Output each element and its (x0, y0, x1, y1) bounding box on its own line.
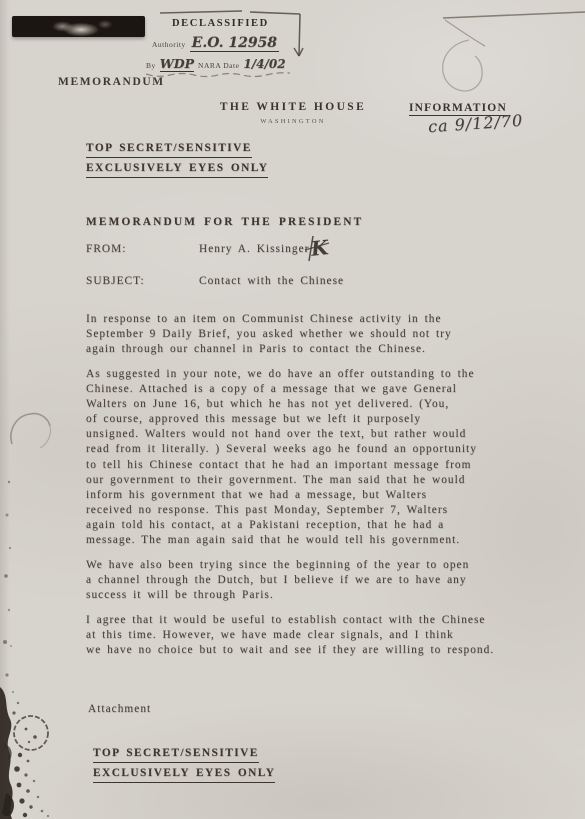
subject-label: SUBJECT: (86, 274, 145, 289)
declassification-stamp: DECLASSIFIED Authority E.O. 12958 By WDP… (142, 6, 308, 80)
from-label: FROM: (86, 242, 126, 257)
ink-blot-icon (0, 685, 120, 819)
classification-line: EXCLUSIVELY EYES ONLY (93, 766, 275, 783)
body-paragraph: In response to an item on Communist Chin… (86, 312, 538, 357)
memo-document-page: DECLASSIFIED Authority E.O. 12958 By WDP… (0, 0, 585, 819)
classification-bottom: TOP SECRET/SENSITIVE EXCLUSIVELY EYES ON… (93, 743, 275, 783)
left-margin-arc-icon (6, 406, 58, 458)
authority-row: Authority E.O. 12958 (152, 34, 279, 52)
redaction-mark (12, 16, 145, 37)
declassified-title: DECLASSIFIED (172, 18, 269, 29)
from-value: Henry A. Kissinger (199, 242, 309, 257)
letterhead: THE WHITE HOUSE WASHINGTON (213, 101, 373, 125)
by-value: WDP (160, 56, 194, 72)
body-paragraph: As suggested in your note, we do have an… (86, 367, 538, 548)
pencil-scribble-icon (435, 0, 585, 105)
memorandum-label: MEMORANDUM (58, 76, 165, 88)
by-label: By (146, 61, 156, 70)
agency-name: THE WHITE HOUSE (213, 101, 373, 113)
body-paragraph: I agree that it would be useful to estab… (86, 613, 538, 658)
agency-location: WASHINGTON (213, 118, 373, 125)
nara-date-label: NARA Date (198, 61, 239, 70)
subject-value: Contact with the Chinese (199, 274, 344, 289)
by-row: By WDP NARA Date 1/4/02 (146, 55, 286, 73)
classification-top: TOP SECRET/SENSITIVE EXCLUSIVELY EYES ON… (86, 138, 268, 178)
signature-stroke-icon (303, 234, 333, 264)
body-paragraph: We have also been trying since the begin… (86, 558, 538, 603)
classification-line: TOP SECRET/SENSITIVE (86, 141, 252, 158)
declass-date-value: 1/4/02 (243, 57, 285, 71)
memo-title: MEMORANDUM FOR THE PRESIDENT (86, 215, 363, 230)
left-margin-specks-icon (0, 470, 26, 700)
authority-label: Authority (152, 40, 186, 49)
authority-value: E.O. 12958 (190, 35, 279, 52)
kissinger-signature: K (303, 234, 333, 264)
classification-line: EXCLUSIVELY EYES ONLY (86, 161, 268, 178)
